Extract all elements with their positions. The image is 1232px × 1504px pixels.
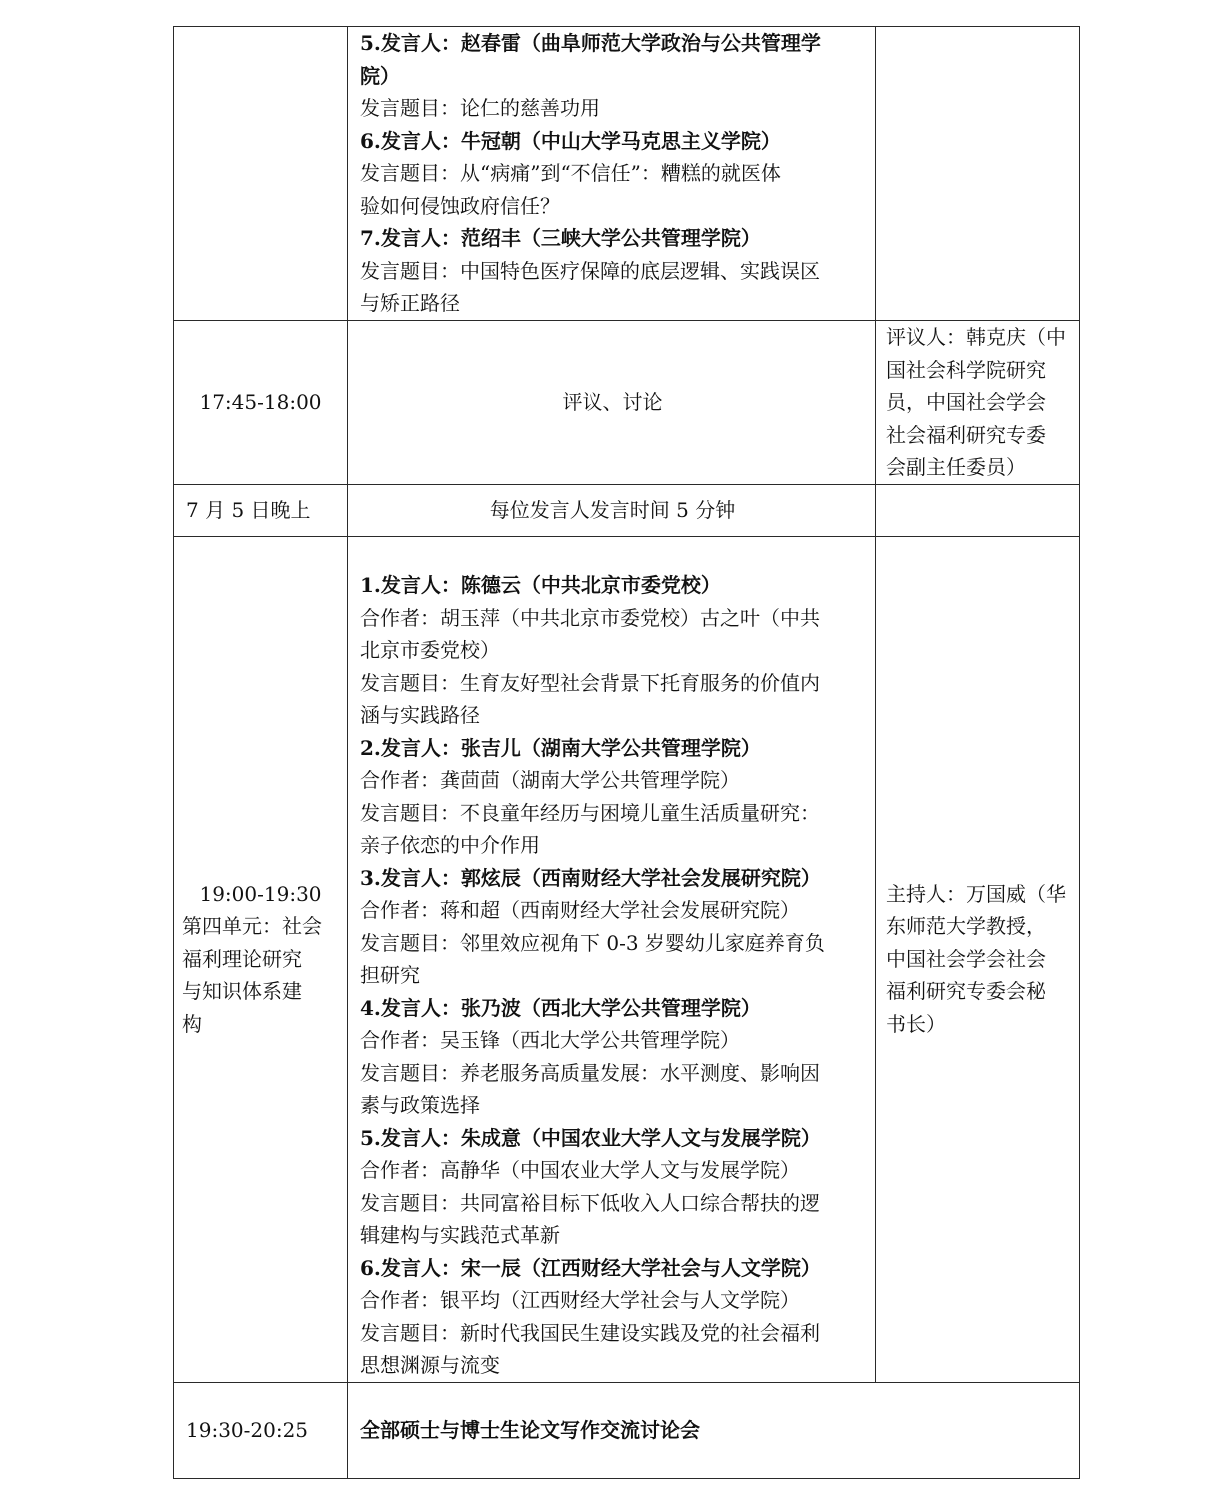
speaker-line: 5.发言人：朱成意（中国农业大学人文与发展学院） xyxy=(360,1122,865,1155)
speakers-cell: 5.发言人：赵春雷（曲阜师范大学政治与公共管理学 院） 发言题目：论仁的慈善功用… xyxy=(348,27,876,321)
schedule-table: 5.发言人：赵春雷（曲阜师范大学政治与公共管理学 院） 发言题目：论仁的慈善功用… xyxy=(173,26,1080,1479)
time-cell xyxy=(174,27,348,321)
speaker-line: 3.发言人：郭炫辰（西南财经大学社会发展研究院） xyxy=(360,862,865,895)
date-cell: 7 月 5 日晚上 xyxy=(174,484,348,536)
unit-title-line: 构 xyxy=(182,1008,339,1041)
topic-line: 素与政策选择 xyxy=(360,1089,865,1122)
topic-line: 验如何侵蚀政府信任？ xyxy=(360,190,865,223)
speaker-line: 2.发言人：张吉儿（湖南大学公共管理学院） xyxy=(360,732,865,765)
speakers-cell: 1.发言人：陈德云（中共北京市委党校） 合作者：胡玉萍（中共北京市委党校）古之叶… xyxy=(348,536,876,1382)
topic-line: 亲子依恋的中介作用 xyxy=(360,829,865,862)
topic-line: 担研究 xyxy=(360,959,865,992)
speaker-line: 6.发言人：宋一辰（江西财经大学社会与人文学院） xyxy=(360,1252,865,1285)
speaker-line: 院） xyxy=(360,60,865,93)
commentator-line: 员，中国社会学会 xyxy=(886,386,1071,419)
commentator-line: 国社会科学院研究 xyxy=(886,354,1071,387)
schedule-row-discussion: 17:45-18:00 评议、讨论 评议人：韩克庆（中 国社会科学院研究 员，中… xyxy=(174,321,1080,485)
topic-line: 与矫正路径 xyxy=(360,287,865,320)
topic-line: 发言题目：从“病痛”到“不信任”：糟糕的就医体 xyxy=(360,157,865,190)
speaker-line: 1.发言人：陈德云（中共北京市委党校） xyxy=(360,569,865,602)
commentator-line: 会副主任委员） xyxy=(886,451,1071,484)
speaker-line: 7.发言人：范绍丰（三峡大学公共管理学院） xyxy=(360,222,865,255)
unit-title-line: 与知识体系建 xyxy=(182,975,339,1008)
coauthor-line: 合作者：龚茴茴（湖南大学公共管理学院） xyxy=(360,764,865,797)
topic-line: 发言题目：中国特色医疗保障的底层逻辑、实践误区 xyxy=(360,255,865,288)
topic-line: 发言题目：新时代我国民生建设实践及党的社会福利 xyxy=(360,1317,865,1350)
session-time: 19:00-19:30 xyxy=(182,878,339,911)
topic-line: 辑建构与实践范式革新 xyxy=(360,1219,865,1252)
host-line: 主持人：万国威（华 xyxy=(886,878,1071,911)
topic-line: 发言题目：不良童年经历与困境儿童生活质量研究： xyxy=(360,797,865,830)
host-cell xyxy=(876,27,1080,321)
coauthor-line: 合作者：胡玉萍（中共北京市委党校）古之叶（中共 xyxy=(360,602,865,635)
commentator-line: 社会福利研究专委 xyxy=(886,419,1071,452)
unit-title-line: 福利理论研究 xyxy=(182,943,339,976)
host-line: 书长） xyxy=(886,1008,1071,1041)
topic-line: 发言题目：论仁的慈善功用 xyxy=(360,92,865,125)
coauthor-line: 合作者：蒋和超（西南财经大学社会发展研究院） xyxy=(360,894,865,927)
host-cell: 主持人：万国威（华 东师范大学教授， 中国社会学会社会 福利研究专委会秘 书长） xyxy=(876,536,1080,1382)
topic-line: 发言题目：养老服务高质量发展：水平测度、影响因 xyxy=(360,1057,865,1090)
speaker-line: 4.发言人：张乃波（西北大学公共管理学院） xyxy=(360,992,865,1025)
topic-line: 涵与实践路径 xyxy=(360,699,865,732)
time-unit-cell: 19:00-19:30 第四单元：社会 福利理论研究 与知识体系建 构 xyxy=(174,536,348,1382)
schedule-row-evening-note: 7 月 5 日晚上 每位发言人发言时间 5 分钟 xyxy=(174,484,1080,536)
time-cell: 17:45-18:00 xyxy=(174,321,348,485)
topic-line: 思想渊源与流变 xyxy=(360,1349,865,1382)
blank-line xyxy=(360,537,865,570)
commentator-line: 评议人：韩克庆（中 xyxy=(886,321,1071,354)
schedule-row-session-continued: 5.发言人：赵春雷（曲阜师范大学政治与公共管理学 院） 发言题目：论仁的慈善功用… xyxy=(174,27,1080,321)
topic-line: 发言题目：共同富裕目标下低收入人口综合帮扶的逻 xyxy=(360,1187,865,1220)
host-line: 东师范大学教授， xyxy=(886,910,1071,943)
note-cell: 每位发言人发言时间 5 分钟 xyxy=(348,484,876,536)
speaker-line: 6.发言人：牛冠朝（中山大学马克思主义学院） xyxy=(360,125,865,158)
speaker-line: 5.发言人：赵春雷（曲阜师范大学政治与公共管理学 xyxy=(360,27,865,60)
coauthor-line: 北京市委党校） xyxy=(360,634,865,667)
coauthor-line: 合作者：吴玉锋（西北大学公共管理学院） xyxy=(360,1024,865,1057)
coauthor-line: 合作者：银平均（江西财经大学社会与人文学院） xyxy=(360,1284,865,1317)
unit-title-line: 第四单元：社会 xyxy=(182,910,339,943)
time-cell: 19:30-20:25 xyxy=(174,1382,348,1478)
schedule-row-unit-4: 19:00-19:30 第四单元：社会 福利理论研究 与知识体系建 构 1.发言… xyxy=(174,536,1080,1382)
host-line: 中国社会学会社会 xyxy=(886,943,1071,976)
commentator-cell: 评议人：韩克庆（中 国社会科学院研究 员，中国社会学会 社会福利研究专委 会副主… xyxy=(876,321,1080,485)
activity-cell: 评议、讨论 xyxy=(348,321,876,485)
topic-line: 发言题目：生育友好型社会背景下托育服务的价值内 xyxy=(360,667,865,700)
coauthor-line: 合作者：高静华（中国农业大学人文与发展学院） xyxy=(360,1154,865,1187)
host-line: 福利研究专委会秘 xyxy=(886,975,1071,1008)
host-cell xyxy=(876,484,1080,536)
schedule-row-thesis-workshop: 19:30-20:25 全部硕士与博士生论文写作交流讨论会 xyxy=(174,1382,1080,1478)
event-cell: 全部硕士与博士生论文写作交流讨论会 xyxy=(348,1382,1080,1478)
topic-line: 发言题目：邻里效应视角下 0-3 岁婴幼儿家庭养育负 xyxy=(360,927,865,960)
